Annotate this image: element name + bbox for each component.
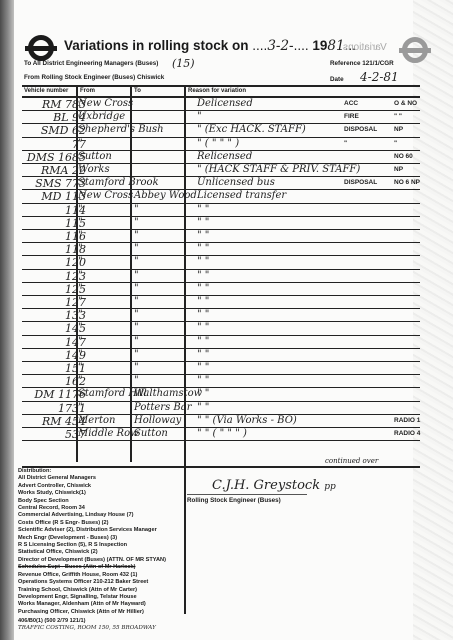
ghost-roundel-icon (402, 37, 428, 63)
from-garage: " (78, 375, 83, 386)
note-code: O & NO (394, 100, 417, 107)
from-garage: " (78, 243, 83, 254)
from-garage: " (78, 402, 83, 413)
reason: Delicensed (197, 98, 253, 109)
col-header-reason: Reason for variation (188, 88, 246, 94)
vehicle-number: 151 (65, 362, 86, 375)
distribution-item: Training School, Chiswick (Attn of Mr Ca… (18, 587, 188, 594)
table-row: 123""" " (22, 270, 420, 283)
note-code: NP (394, 126, 403, 133)
vehicle-number: 120 (65, 256, 86, 269)
reason: " " (197, 322, 209, 333)
document-title: Variations in rolling stock on ....3-2-.… (64, 38, 356, 54)
table-row: 114""" " (22, 204, 420, 217)
distribution-item: Operations Systems Officer 210-212 Baker… (18, 579, 188, 586)
signature-title: Rolling Stock Engineer (Buses) (187, 497, 281, 504)
reason: " " (197, 230, 209, 241)
distribution-item: Schedules Supt - Buses (Attn of Mr Harlo… (18, 564, 188, 571)
signature-line (187, 494, 307, 495)
from-garage: New Cross (78, 98, 133, 109)
reference: Reference 121/1/CGR (330, 60, 394, 67)
table-row: RM 454MertonHolloway" " (Via Works - BO)… (22, 415, 420, 428)
to-garage: " (134, 309, 139, 320)
to-garage: " (134, 322, 139, 333)
distribution-list: Distribution: All District General Manag… (18, 468, 188, 616)
table-row: 537Middle RowSutton" " ( " " " )RADIO 4 (22, 428, 420, 441)
to-garage: Holloway (134, 415, 181, 426)
reason: " " (Via Works - BO) (197, 415, 297, 426)
to-garage: " (134, 336, 139, 347)
distribution-item: Body Spec Section (18, 498, 188, 505)
reason: Relicensed (197, 151, 252, 162)
row-rule (22, 440, 420, 441)
vehicle-number: 133 (65, 309, 86, 322)
reason: Licensed transfer (197, 190, 286, 201)
reason: " " (197, 283, 209, 294)
reason: Unlicensed bus (197, 177, 275, 188)
continued-over: continued over (325, 457, 378, 465)
distribution-item: Revenue Office, Griffith House, Room 432… (18, 572, 188, 579)
reason: " ( " " " ) (197, 138, 239, 149)
from-garage: Shepherd's Bush (78, 124, 164, 135)
table-row: SMD 62Shepherd's Bush" (Exc HACK. STAFF)… (22, 124, 420, 137)
from-line: From Rolling Stock Engineer (Buses) Chis… (24, 74, 164, 81)
to-garage: " (134, 375, 139, 386)
to-garage: " (134, 230, 139, 241)
note-code: " (394, 140, 397, 147)
table-row: RM 783New CrossDelicensedACCO & NO (22, 98, 420, 111)
to-count: (15) (172, 57, 195, 70)
to-garage: Sutton (134, 428, 168, 439)
to-garage: Walthamstow (134, 388, 202, 399)
from-garage: " (78, 296, 83, 307)
table-row: 127""" " (22, 296, 420, 309)
london-transport-roundel-icon (28, 35, 54, 61)
col-header-to: To (134, 88, 141, 94)
vehicle-number: 115 (65, 217, 86, 230)
table-row: 133""" " (22, 309, 420, 322)
reason: " (HACK STAFF & PRIV. STAFF) (197, 164, 360, 175)
from-garage: " (78, 256, 83, 267)
table-row: 118""" " (22, 243, 420, 256)
note-status: DISPOSAL (344, 126, 377, 133)
distribution-item: Purchasing Officer, Chiswick (Attn of Mr… (18, 609, 188, 616)
table-row: 125""" " (22, 283, 420, 296)
vehicle-number: 147 (65, 336, 86, 349)
col-header-from: From (80, 88, 95, 94)
vehicle-number: 116 (65, 230, 86, 243)
from-garage: Sutton (78, 151, 112, 162)
from-garage: " (78, 270, 83, 281)
from-garage: " (78, 204, 83, 215)
table-row: DMS 1685SuttonRelicensedNO 60 (22, 151, 420, 164)
reason: " " ( " " " ) (197, 428, 247, 439)
table-row: MD 113New CrossAbbey WoodLicensed transf… (22, 190, 420, 203)
to-garage: " (134, 296, 139, 307)
reason: " " (197, 309, 209, 320)
to-garage: " (134, 243, 139, 254)
from-garage: Middle Row (78, 428, 139, 439)
from-garage: " (78, 217, 83, 228)
reason: " " (197, 349, 209, 360)
distribution-item: Advert Controller, Chiswick (18, 483, 188, 490)
distribution-item: Mech Engr (Development - Buses) (3) (18, 535, 188, 542)
from-garage: " (78, 322, 83, 333)
table-row: BL 94Uxbridge"FIRE" " (22, 111, 420, 124)
note-status: ACC (344, 100, 358, 107)
table-row: 115""" " (22, 217, 420, 230)
from-garage: Stamford Brook (78, 177, 159, 188)
from-garage: " (78, 283, 83, 294)
vehicle-number: 114 (65, 204, 86, 217)
to-garage: Abbey Wood (134, 190, 197, 201)
vehicle-number: 149 (65, 349, 86, 362)
note-code: RADIO 4 (394, 430, 420, 437)
distribution-item: Scientific Adviser (2), Distribution Ser… (18, 527, 188, 534)
reason: " " (197, 388, 209, 399)
reason: " " (197, 243, 209, 254)
distribution-item: All District General Managers (18, 475, 188, 482)
note-status: FIRE (344, 113, 359, 120)
reason: " " (197, 375, 209, 386)
note-code: RADIO 1 (394, 417, 420, 424)
note-status: DISPOSAL (344, 179, 377, 186)
to-garage: " (134, 256, 139, 267)
to-garage: " (134, 349, 139, 360)
distribution-heading: Distribution: (18, 468, 188, 475)
signature: C.J.H. Greystock pp (212, 478, 336, 493)
table-row: DM 1176Stamford HillWalthamstow" " (22, 388, 420, 401)
distribution-item: Commercial Advertising, Lindsay House (7… (18, 512, 188, 519)
table-row: 77"" ( " " " )"" (22, 138, 420, 151)
reason: " " (197, 256, 209, 267)
reason: " " (197, 296, 209, 307)
vehicle-number: 145 (65, 322, 86, 335)
table-row: 145""" " (22, 322, 420, 335)
reason: " (197, 111, 202, 122)
distribution-item: Statistical Office, Chiswick (2) (18, 549, 188, 556)
distribution-item: Development Engr, Signalling, Telstar Ho… (18, 594, 188, 601)
date-value: 4-2-81 (360, 70, 399, 84)
to-garage: " (134, 204, 139, 215)
vehicle-number: 123 (65, 270, 86, 283)
title-date: 3-2- (267, 38, 293, 54)
to-garage: Potters Bar (134, 402, 191, 413)
table-top-rule (22, 85, 420, 87)
from-garage: " (78, 138, 83, 149)
to-line: To All District Engineering Managers (Bu… (24, 60, 158, 67)
table-row: 116""" " (22, 230, 420, 243)
from-garage: Works (78, 164, 110, 175)
from-garage: " (78, 230, 83, 241)
reason: " " (197, 204, 209, 215)
reason: " " (197, 362, 209, 373)
table-row: 120""" " (22, 256, 420, 269)
table-row: 147""" " (22, 336, 420, 349)
vehicle-number: 118 (65, 243, 86, 256)
footer-handwritten-note: TRAFFIC COSTING, ROOM 150, 55 BROADWAY (18, 625, 156, 632)
distribution-item: R S Licensing Section (5), R S Inspectio… (18, 542, 188, 549)
table-row: 1731"Potters Bar" " (22, 402, 420, 415)
from-garage: " (78, 309, 83, 320)
vehicle-number: 162 (65, 375, 86, 388)
to-garage: " (134, 270, 139, 281)
table-row: 149""" " (22, 349, 420, 362)
table-row: 151""" " (22, 362, 420, 375)
distribution-item: Works Study, Chiswick(1) (18, 490, 188, 497)
to-garage: " (134, 362, 139, 373)
from-garage: New Cross (78, 190, 133, 201)
date-label: Date (330, 76, 344, 83)
vehicle-number: 127 (65, 296, 86, 309)
vehicle-number: 125 (65, 283, 86, 296)
note-code: NP (394, 166, 403, 173)
to-garage: " (134, 217, 139, 228)
table-row: SMS 773Stamford BrookUnlicensed busDISPO… (22, 177, 420, 190)
distribution-item: Central Record, Room 34 (18, 505, 188, 512)
note-code: NO 60 (394, 153, 413, 160)
reason: " " (197, 402, 209, 413)
reason: " " (197, 336, 209, 347)
from-garage: " (78, 349, 83, 360)
distribution-item: Director of Development (Buses) (ATTN. O… (18, 557, 188, 564)
from-garage: " (78, 336, 83, 347)
col-header-vehicle: Vehicle number (24, 88, 68, 94)
note-code: NO 6 NP (394, 179, 420, 186)
from-garage: Uxbridge (78, 111, 125, 122)
distribution-item: Works Manager, Aldenham (Attn of Mr Hayw… (18, 601, 188, 608)
note-status: " (344, 140, 347, 147)
ghost-title: Variations (343, 42, 387, 53)
reason: " (Exc HACK. STAFF) (197, 124, 306, 135)
reason: " " (197, 217, 209, 228)
note-code: " " (394, 113, 402, 120)
footer: 406/B0(1) (500 2/79 121/1) TRAFFIC COSTI… (18, 618, 156, 632)
from-garage: " (78, 362, 83, 373)
reason: " " (197, 270, 209, 281)
distribution-item: Costs Office (R S Engr- Buses) (2) (18, 520, 188, 527)
from-garage: Merton (78, 415, 115, 426)
to-garage: " (134, 283, 139, 294)
table-row: RMA 22Works" (HACK STAFF & PRIV. STAFF)N… (22, 164, 420, 177)
form-code: 406/B0(1) (500 2/79 121/1) (18, 618, 156, 625)
table-row: 162""" " (22, 375, 420, 388)
